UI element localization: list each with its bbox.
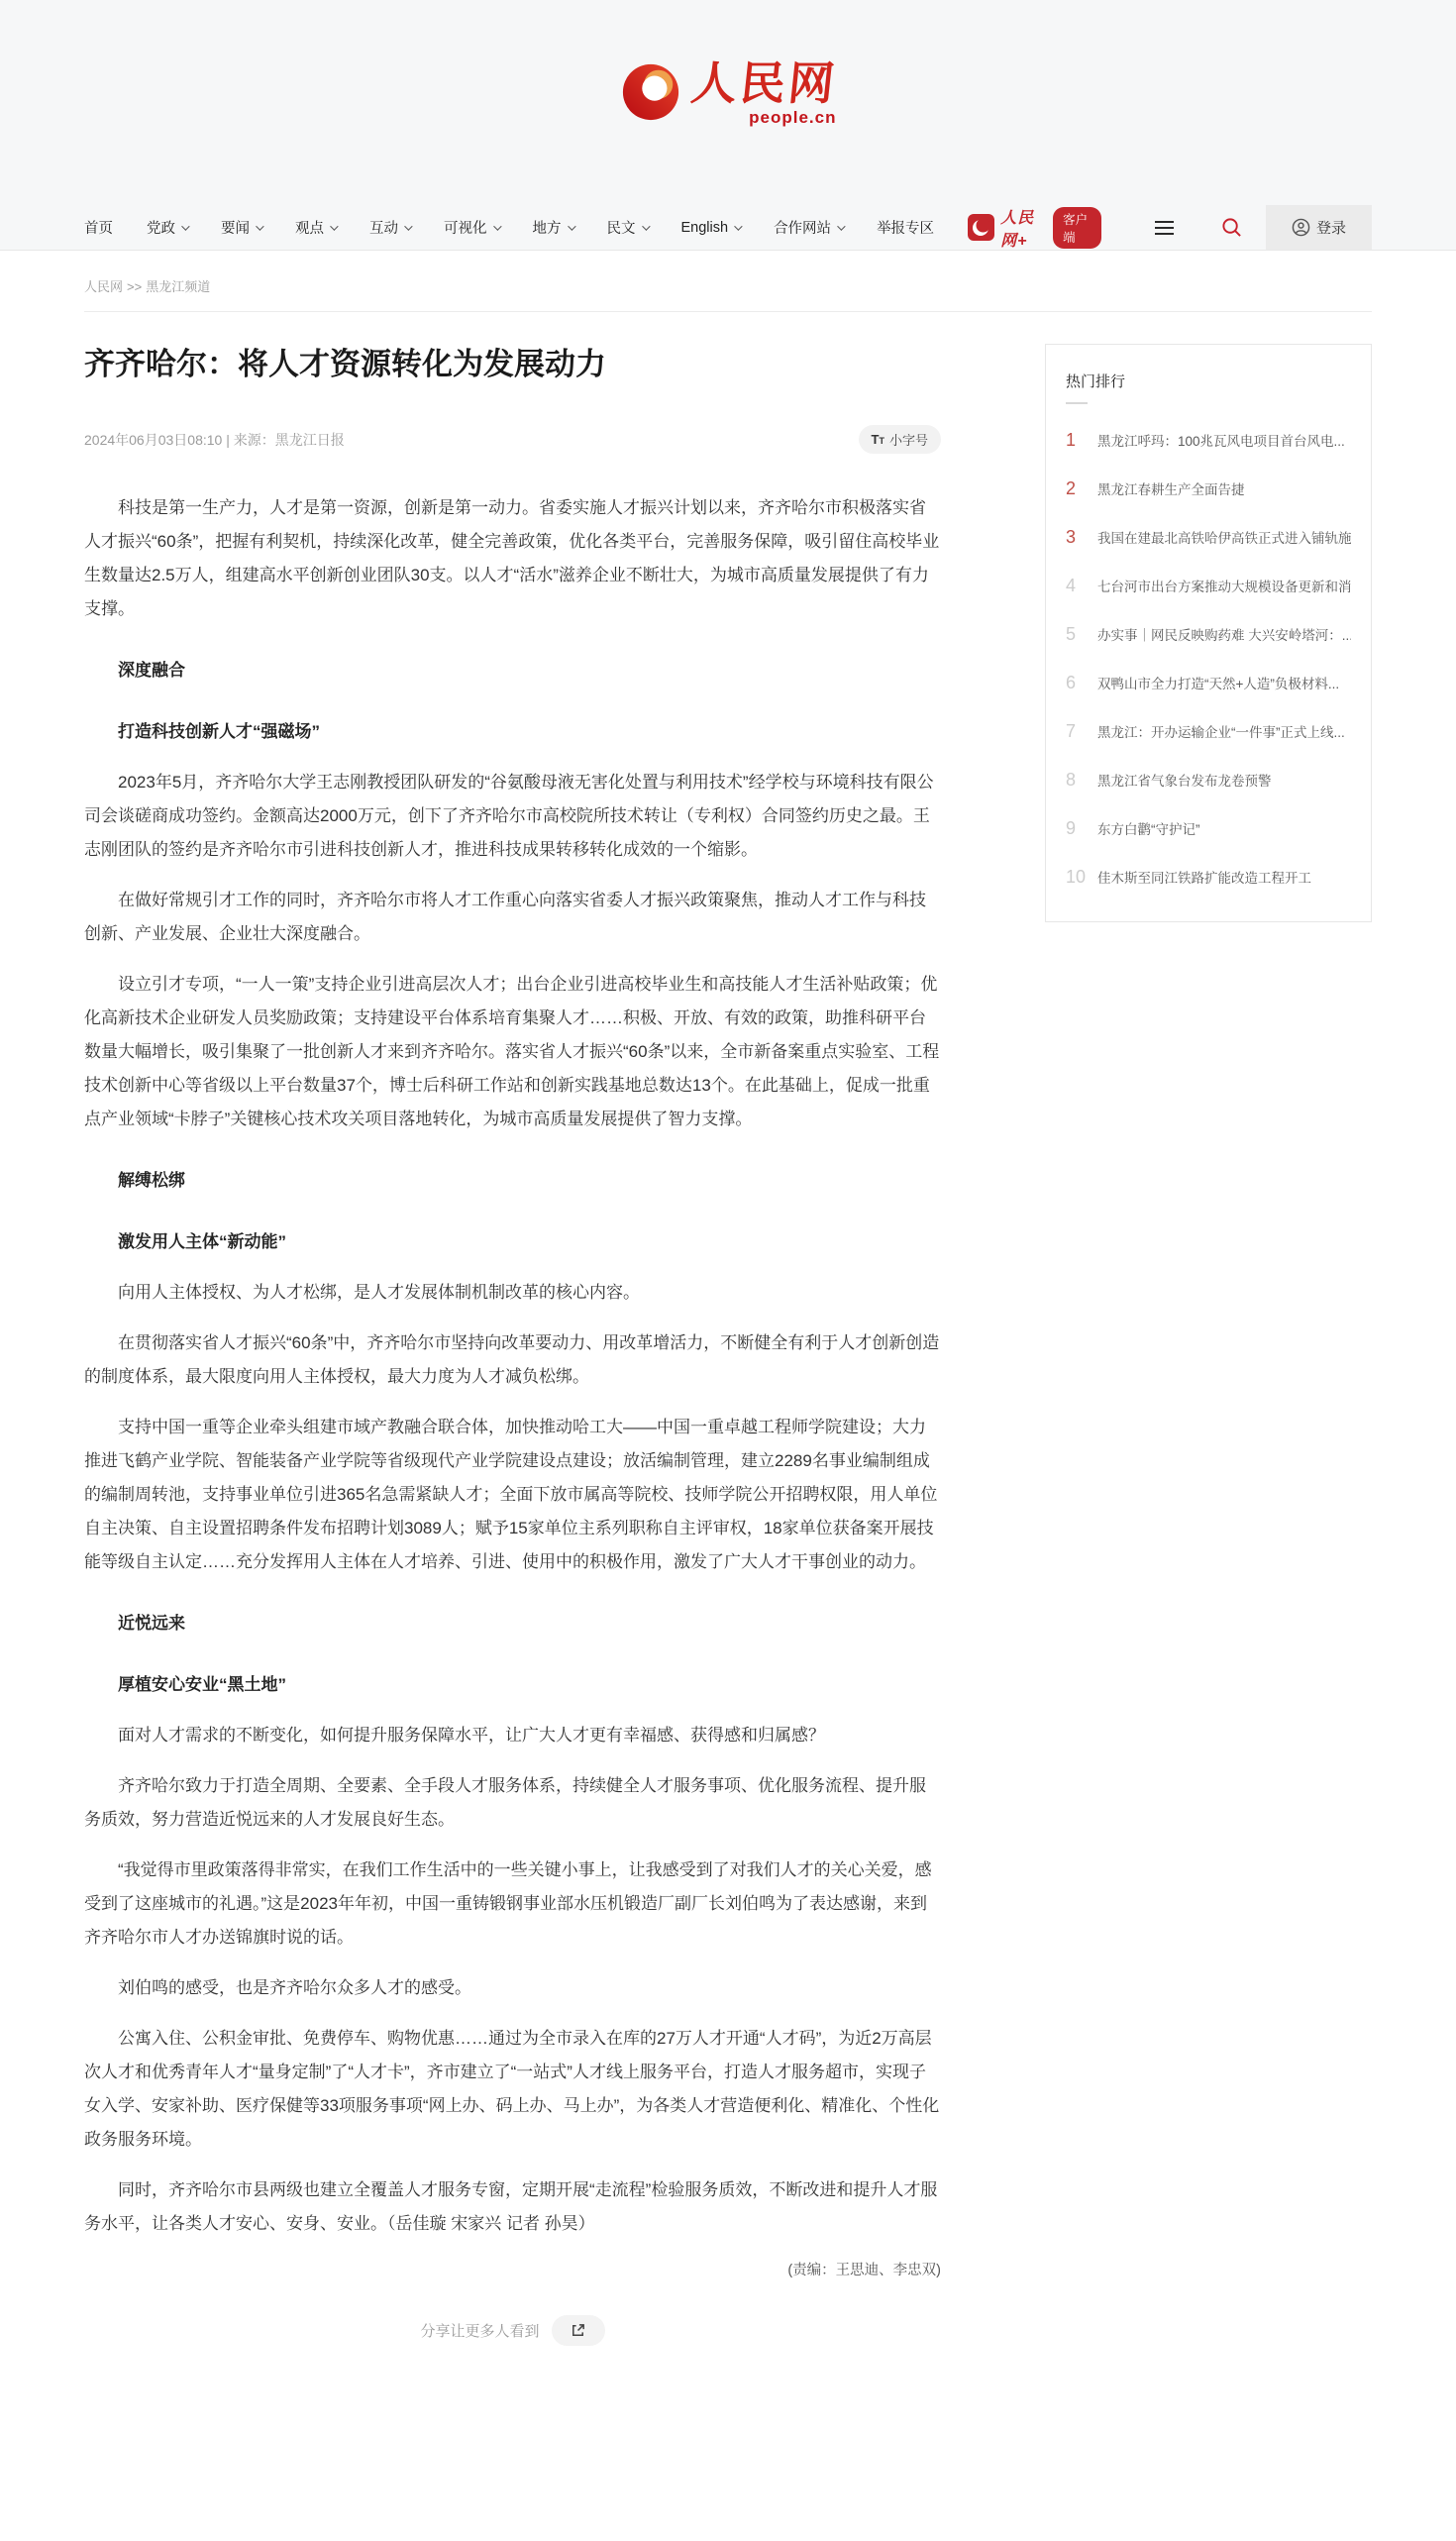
nav-item[interactable]: 可视化 [444, 217, 499, 238]
nav-item[interactable]: 地方 [533, 217, 573, 238]
login-button[interactable]: 登录 [1266, 205, 1372, 250]
chevron-down-icon [734, 222, 742, 230]
nav-item-label: 可视化 [444, 217, 487, 238]
hot-ranking-item[interactable]: 3 我国在建最北高铁哈伊高铁正式进入铺轨施... [1066, 527, 1351, 547]
font-size-icon: TT [872, 432, 884, 447]
article-paragraph: 深度融合 [84, 654, 941, 688]
hot-ranking-title: 热门排行 [1066, 371, 1351, 391]
rank-number: 7 [1066, 722, 1088, 740]
article: 齐齐哈尔：将人才资源转化为发展动力 2024年06月03日08:10 | 来源：… [84, 312, 941, 2376]
article-paragraph: 激发用人主体“新动能” [84, 1225, 941, 1259]
hot-item-title: 我国在建最北高铁哈伊高铁正式进入铺轨施... [1097, 527, 1351, 547]
hot-item-title: 七台河市出台方案推动大规模设备更新和消... [1097, 576, 1351, 595]
app-badge-script: 人民网+ [1000, 205, 1047, 251]
article-paragraph: 公寓入住、公积金审批、免费停车、购物优惠……通过为全市录入在库的27万人才开通“… [84, 2022, 941, 2157]
breadcrumb-channel-link[interactable]: 黑龙江频道 [146, 279, 210, 294]
rank-number: 8 [1066, 771, 1088, 789]
article-paragraph: 在做好常规引才工作的同时，齐齐哈尔市将人才工作重心向落实省委人才振兴政策聚焦，推… [84, 884, 941, 951]
nav-item[interactable]: 党政 [147, 217, 187, 238]
nav-item-label: 互动 [369, 217, 398, 238]
breadcrumb-root-link[interactable]: 人民网 [84, 279, 123, 294]
main-nav: 首页 党政 要闻 观点 互动 [0, 205, 1456, 250]
chevron-down-icon [642, 222, 650, 230]
article-paragraph: 科技是第一生产力，人才是第一资源，创新是第一动力。省委实施人才振兴计划以来，齐齐… [84, 491, 941, 626]
article-paragraph: 2023年5月，齐齐哈尔大学王志刚教授团队研发的“谷氨酸母液无害化处置与利用技术… [84, 766, 941, 867]
article-paragraph: 同时，齐齐哈尔市县两级也建立全覆盖人才服务专窗，定期开展“走流程”检验服务质效，… [84, 2173, 941, 2241]
hot-item-title: 黑龙江省气象台发布龙卷预警 [1097, 770, 1272, 790]
nav-item-label: 要闻 [221, 217, 250, 238]
rank-number: 6 [1066, 674, 1088, 691]
logo-swirl-icon [620, 60, 681, 122]
nav-item-label: 民文 [607, 217, 636, 238]
hot-ranking-item[interactable]: 2 黑龙江春耕生产全面告捷 [1066, 478, 1351, 498]
app-badge-pill: 客户端 [1053, 207, 1101, 249]
hot-item-title: 佳木斯至同江铁路扩能改造工程开工 [1097, 867, 1311, 887]
app-badge-icon [968, 214, 994, 241]
source-link[interactable]: 黑龙江日报 [275, 432, 345, 448]
nav-item[interactable]: 民文 [607, 217, 648, 238]
hot-ranking-item[interactable]: 7 黑龙江：开办运输企业“一件事”正式上线... [1066, 721, 1351, 741]
hot-ranking-item[interactable]: 6 双鸭山市全力打造“天然+人造”负极材料... [1066, 673, 1351, 692]
rank-number: 5 [1066, 625, 1088, 643]
article-paragraph: 近悦远来 [84, 1607, 941, 1641]
hot-ranking-item[interactable]: 4 七台河市出台方案推动大规模设备更新和消... [1066, 576, 1351, 595]
hot-ranking-list: 1 黑龙江呼玛：100兆瓦风电项目首台风电... 2 黑龙江春耕生产全面告捷 3… [1066, 430, 1351, 887]
article-paragraph: 刘伯鸣的感受，也是齐齐哈尔众多人才的感受。 [84, 1971, 941, 2005]
nav-item[interactable]: 要闻 [221, 217, 261, 238]
login-label: 登录 [1316, 217, 1346, 238]
article-paragraph: 齐齐哈尔致力于打造全周期、全要素、全手段人才服务体系，持续健全人才服务事项、优化… [84, 1769, 941, 1837]
menu-button[interactable] [1131, 205, 1197, 250]
hot-ranking-item[interactable]: 1 黑龙江呼玛：100兆瓦风电项目首台风电... [1066, 430, 1351, 450]
font-size-button[interactable]: TT 小字号 [859, 425, 941, 454]
rank-number: 10 [1066, 868, 1088, 886]
chevron-down-icon [568, 222, 575, 230]
logo-cn-text: 人民网 [688, 60, 839, 106]
editors-line: (责编：王思迪、李忠双) [84, 2259, 941, 2279]
article-meta: 2024年06月03日08:10 | 来源：黑龙江日报 [84, 430, 345, 450]
font-size-label: 小字号 [889, 430, 928, 449]
rank-number: 4 [1066, 577, 1088, 594]
search-icon [1221, 217, 1242, 238]
hot-item-title: 黑龙江呼玛：100兆瓦风电项目首台风电... [1097, 430, 1345, 450]
nav-item-label: 首页 [84, 217, 113, 238]
nav-item[interactable]: 观点 [295, 217, 336, 238]
hot-item-title: 黑龙江春耕生产全面告捷 [1097, 478, 1245, 498]
nav-item-label: 党政 [147, 217, 175, 238]
hot-item-title: 黑龙江：开办运输企业“一件事”正式上线... [1097, 721, 1345, 741]
article-paragraph: 厚植安心安业“黑土地” [84, 1668, 941, 1702]
nav-item[interactable]: 举报专区 [877, 217, 934, 238]
nav-item-label: English [681, 220, 729, 236]
hot-ranking-box: 热门排行 1 黑龙江呼玛：100兆瓦风电项目首台风电... 2 黑龙江春耕生产全… [1045, 344, 1372, 922]
hot-ranking-item[interactable]: 5 办实事｜网民反映购药难 大兴安岭塔河：... [1066, 624, 1351, 644]
article-paragraph: 解缚松绑 [84, 1164, 941, 1198]
rank-number: 2 [1066, 479, 1088, 497]
user-icon [1292, 218, 1310, 237]
article-paragraph: 在贯彻落实省人才振兴“60条”中，齐齐哈尔市坚持向改革要动力、用改革增活力，不断… [84, 1326, 941, 1394]
hot-ranking-item[interactable]: 9 东方白鹳“守护记” [1066, 818, 1351, 838]
share-icon [570, 2322, 586, 2339]
site-header: 人民网 people.cn 首页 党政 要闻 [0, 0, 1456, 251]
rank-number: 9 [1066, 819, 1088, 837]
article-paragraph: 打造科技创新人才“强磁场” [84, 715, 941, 749]
rank-number: 1 [1066, 431, 1088, 449]
publish-date: 2024年06月03日08:10 [84, 432, 222, 448]
meta-separator: | [226, 432, 230, 448]
nav-item-label: 地方 [533, 217, 562, 238]
nav-item[interactable]: 首页 [84, 217, 113, 238]
hot-item-title: 双鸭山市全力打造“天然+人造”负极材料... [1097, 673, 1339, 692]
sidebar: 热门排行 1 黑龙江呼玛：100兆瓦风电项目首台风电... 2 黑龙江春耕生产全… [1045, 344, 1372, 922]
article-paragraph: 设立引才专项，“一人一策”支持企业引进高层次人才；出台企业引进高校毕业生和高技能… [84, 968, 941, 1136]
chevron-down-icon [837, 222, 845, 230]
article-paragraph: 支持中国一重等企业牵头组建市域产教融合联合体，加快推动哈工大——中国一重卓越工程… [84, 1411, 941, 1579]
logo-en-text: people.cn [749, 108, 836, 128]
nav-item-label: 合作网站 [774, 217, 831, 238]
share-label: 分享让更多人看到 [420, 2320, 539, 2341]
source-prefix: 来源： [234, 432, 275, 448]
nav-item[interactable]: English [681, 220, 741, 236]
site-logo[interactable]: 人民网 people.cn [620, 60, 837, 128]
search-button[interactable] [1197, 205, 1266, 250]
hot-item-title: 办实事｜网民反映购药难 大兴安岭塔河：... [1097, 624, 1351, 644]
nav-item[interactable]: 合作网站 [774, 217, 843, 238]
hot-ranking-item[interactable]: 10 佳木斯至同江铁路扩能改造工程开工 [1066, 867, 1351, 887]
share-button[interactable] [552, 2315, 605, 2346]
hot-ranking-underline [1066, 402, 1088, 404]
article-paragraph: “我觉得市里政策落得非常实，在我们工作生活中的一些关键小事上，让我感受到了对我们… [84, 1853, 941, 1955]
article-body: 科技是第一生产力，人才是第一资源，创新是第一动力。省委实施人才振兴计划以来，齐齐… [84, 491, 941, 2241]
article-meta-row: 2024年06月03日08:10 | 来源：黑龙江日报 TT 小字号 [84, 425, 941, 454]
app-client-badge[interactable]: 人民网+ 客户端 [968, 205, 1101, 251]
share-row: 分享让更多人看到 [84, 2315, 941, 2376]
nav-tools: 登录 [1131, 205, 1372, 250]
chevron-down-icon [181, 222, 189, 230]
hot-ranking-item[interactable]: 8 黑龙江省气象台发布龙卷预警 [1066, 770, 1351, 790]
nav-item[interactable]: 互动 [369, 217, 410, 238]
chevron-down-icon [256, 222, 263, 230]
nav-item-label: 举报专区 [877, 217, 934, 238]
breadcrumb: 人民网>>黑龙江频道 [84, 251, 1372, 295]
hot-item-title: 东方白鹳“守护记” [1097, 818, 1200, 838]
rank-number: 3 [1066, 528, 1088, 546]
chevron-down-icon [493, 222, 501, 230]
nav-items: 首页 党政 要闻 观点 互动 [84, 205, 1131, 250]
article-paragraph: 向用人主体授权、为人才松绑，是人才发展体制机制改革的核心内容。 [84, 1276, 941, 1310]
chevron-down-icon [330, 222, 338, 230]
nav-item-label: 观点 [295, 217, 324, 238]
article-paragraph: 面对人才需求的不断变化，如何提升服务保障水平，让广大人才更有幸福感、获得感和归属… [84, 1719, 941, 1752]
hamburger-icon [1155, 221, 1174, 235]
article-title: 齐齐哈尔：将人才资源转化为发展动力 [84, 344, 941, 385]
chevron-down-icon [404, 222, 412, 230]
breadcrumb-separator: >> [127, 279, 142, 294]
